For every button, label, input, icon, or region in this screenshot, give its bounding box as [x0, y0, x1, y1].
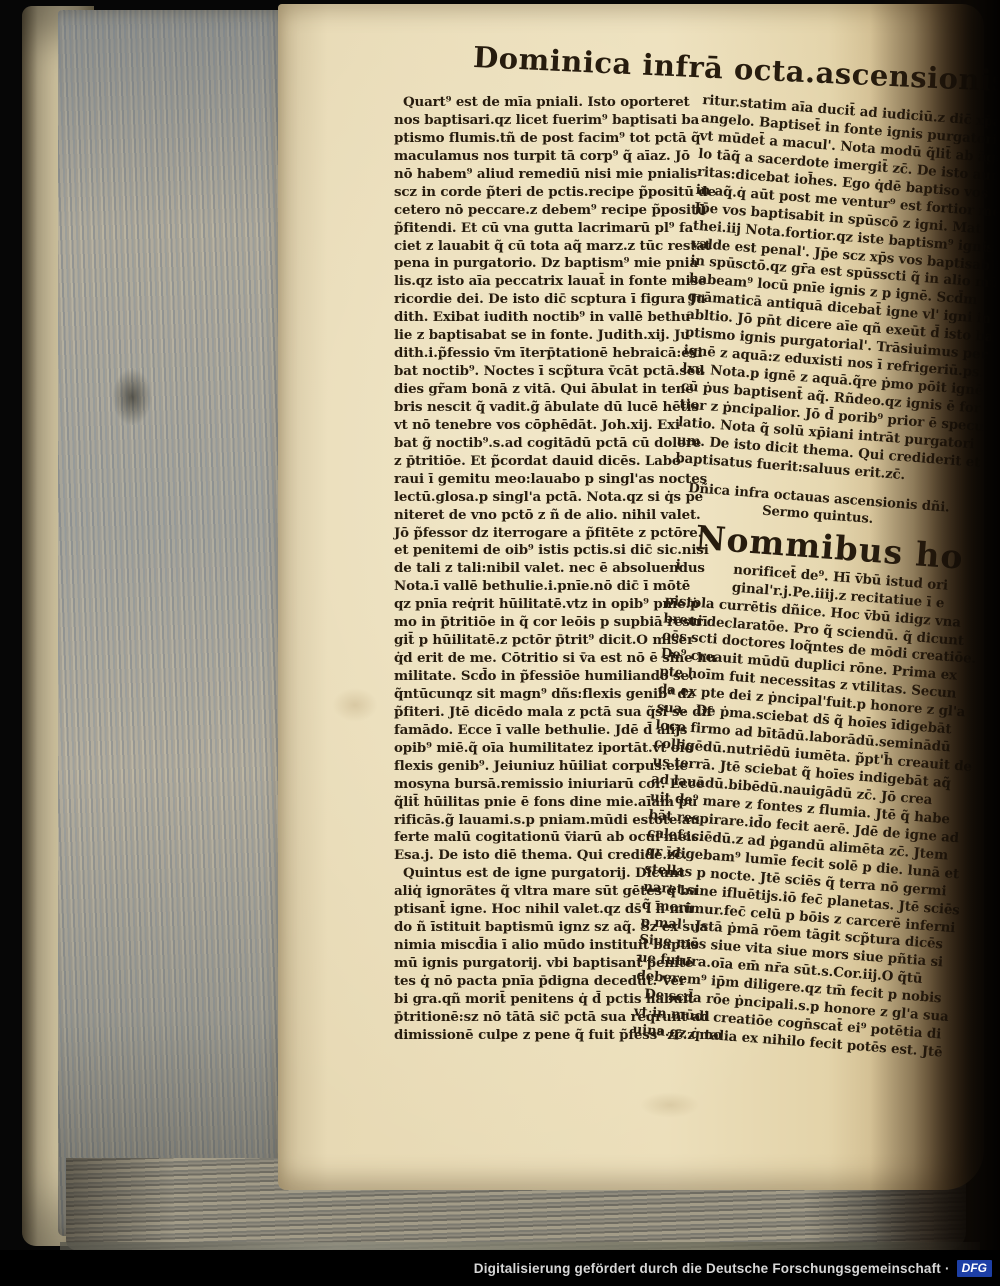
text-line: raui ī gemitu meo:lauabo p singl'as noct…: [394, 471, 700, 489]
text-line: pena in purgatorio. Dz baptism⁹ mie pnia: [394, 255, 700, 273]
text-line: et penitemi de oib⁹ istis pctis.si dic̄ …: [394, 542, 700, 560]
text-line: lectū.glosa.p singl'a pctā. Nota.qz si q…: [394, 489, 700, 507]
page-stain: [332, 688, 378, 722]
text-line: militate. Scd̄o in p̃fessiōe humiliando …: [394, 668, 700, 686]
page-block-fore-edge: [58, 10, 296, 1236]
credit-text: Digitalisierung gefördert durch die Deut…: [474, 1261, 950, 1276]
page-stain: [640, 1092, 700, 1118]
text-line: bris nescit q̃ vadit.g̃ ābulate dū lucē …: [394, 399, 700, 417]
text-line: nō habem⁹ aliud remediū nisi mie pnialis: [394, 166, 700, 184]
text-line: maculamus nos turpit tā corp⁹ q̃ aīaz. J…: [394, 148, 700, 166]
text-line: qz pnīa req̇rit hūilitatē.vtz in opib⁹ p…: [394, 596, 700, 614]
book-bottom-highlight: [60, 1242, 980, 1250]
text-line: niteret de vno pctō z ñ de alio. nihil v…: [394, 507, 700, 525]
text-line: lis.qz isto aīa peccatrix lauat̄ in font…: [394, 273, 700, 291]
fore-edge-stain: [112, 368, 152, 426]
text-line: q̃ntūcunqz sit magn⁹ dñs:flexis genib⁹ d…: [394, 686, 700, 704]
text-line: dith.i.p̃fessio v̄m īterp̄tationē hebrai…: [394, 345, 700, 363]
text-line: dies gr̃am bonā z vitā. Qui ābulat in te…: [394, 381, 700, 399]
text-line: git̄ p hūilitatē.z pctōr p̄trit⁹ dicit.O…: [394, 632, 700, 650]
text-line: bat g̃ noctib⁹.s.ad cogitādū pctā cū dol…: [394, 435, 700, 453]
text-line: de tali z tali:nibil valet. nec ē absolu…: [394, 560, 700, 578]
text-line: ricordie dei. De isto dic̄ scptura ī fig…: [394, 291, 700, 309]
text-line: Quart⁹ est de mīa pniali. Isto oporteret: [394, 94, 700, 112]
text-line: cetero nō peccare.z debem⁹ recipe p̃posi…: [394, 202, 700, 220]
text-line: vt nō tenebre vos cōphēdāt. Joh.xij. Exi: [394, 417, 700, 435]
dfg-logo: DFG: [957, 1260, 992, 1277]
right-column-part1: ritur.statim aīa ducit̄ ad iudiciū.z dic…: [675, 92, 994, 490]
text-line: ciet z lauabit q̃ cū tota aq̃ marz.z tūc…: [394, 238, 700, 256]
text-line: mo in p̄tritiōe in q̃ cor leōis p supbiā…: [394, 614, 700, 632]
text-line: bat noctib⁹. Noctes ī scp̃tura v̄cāt pct…: [394, 363, 700, 381]
text-line: dith. Exibat iudith noctib⁹ in vallē bet…: [394, 309, 700, 327]
right-column-body: pistola currētis dñice. Hoc v̄bū idigz v…: [632, 592, 957, 1061]
text-line: scz in corde p̃teri de pctis.recipe p̃po…: [394, 184, 700, 202]
digitization-credit-bar: Digitalisierung gefördert durch die Deut…: [0, 1250, 1000, 1286]
text-line: nos baptisari.qz licet fuerim⁹ baptisati…: [394, 112, 700, 130]
text-line: z p̄tritiōe. Et p̃cordat dauid dicēs. La…: [394, 453, 700, 471]
text-line: Jō p̃fessor dz iterrogare a p̃fitēte z p…: [394, 525, 700, 543]
initial-guide-letter: i: [665, 556, 734, 597]
text-line: q̇d erit de me. Cōtritio si v̄a est nō ē…: [394, 650, 700, 668]
text-line: lie z baptisabat se in fonte. Judith.xij…: [394, 327, 700, 345]
text-line: p̃fitendi. Et cū vna gutta lacrimarū pl⁹…: [394, 220, 700, 238]
text-line: Nota.ī vallē bethulie.i.pnīe.nō dic̄ ī m…: [394, 578, 700, 596]
text-line: p̃fiteri. Jtē dicēdo mala z pctā sua q̃s…: [394, 704, 700, 722]
text-line: ptismo flumis.tñ de post facim⁹ tot pctā…: [394, 130, 700, 148]
